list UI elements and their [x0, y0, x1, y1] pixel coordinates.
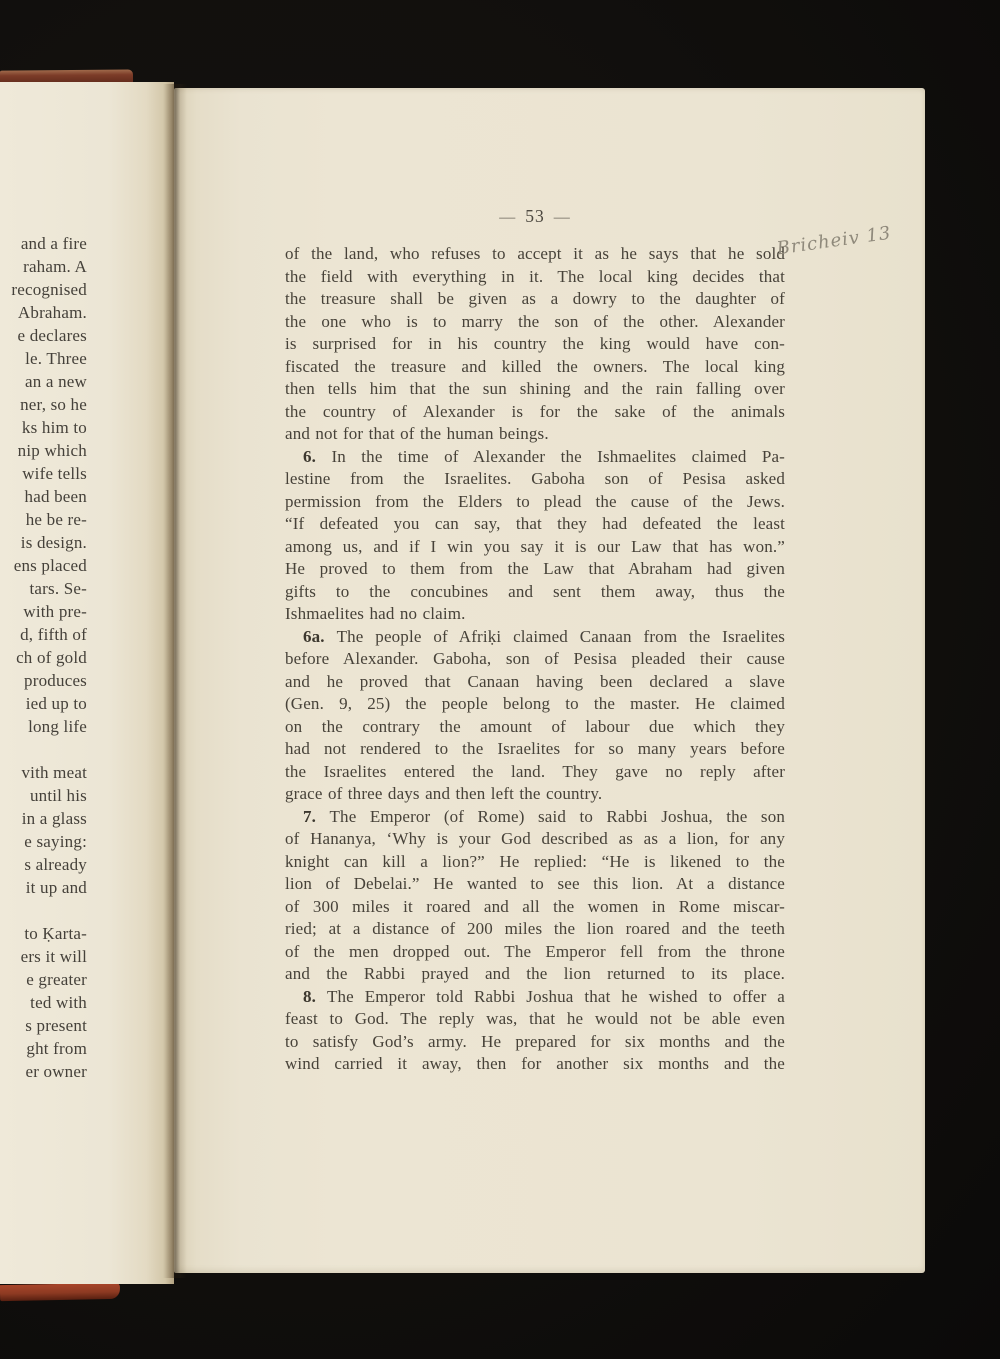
text-line: produces — [0, 669, 87, 692]
text-line: on the contrary the amount of labour due… — [285, 716, 785, 739]
text-line: feast to God. The reply was, that he wou… — [285, 1008, 785, 1031]
text-line: the treasure shall be given as a dowry t… — [285, 288, 785, 311]
text-line: the field with everything in it. The loc… — [285, 266, 785, 289]
text-line: ch of gold — [0, 646, 87, 669]
paragraph-number: 8. — [303, 987, 316, 1006]
page-number-value: 53 — [525, 206, 545, 226]
text-line: ted with — [0, 991, 87, 1014]
text-line: until his — [0, 784, 87, 807]
text-line: er owner — [0, 1060, 87, 1083]
text-line: of 300 miles it roared and all the women… — [285, 896, 785, 919]
text-line: le. Three — [0, 347, 87, 370]
photo-background: and a fireraham. ArecognisedAbraham.e de… — [0, 0, 1000, 1359]
text-line: grace of three days and then left the co… — [285, 783, 785, 806]
text-line: is design. — [0, 531, 87, 554]
text-line: Abraham. — [0, 301, 87, 324]
text-line: (Gen. 9, 25) the people belong to the ma… — [285, 693, 785, 716]
text-line: e declares — [0, 324, 87, 347]
text-line: ens placed — [0, 554, 87, 577]
text-line: and he proved that Canaan having been de… — [285, 671, 785, 694]
text-line: and not for that of the human beings. — [285, 423, 785, 446]
text-line: ied up to — [0, 692, 87, 715]
text-line: wife tells — [0, 462, 87, 485]
text-line: vith meat — [0, 761, 87, 784]
text-line: recognised — [0, 278, 87, 301]
text-line: before Alexander. Gaboha, son of Pesisa … — [285, 648, 785, 671]
page-number: —53— — [285, 204, 785, 228]
text-line: e greater — [0, 968, 87, 991]
text-line: gifts to the concubines and sent them aw… — [285, 581, 785, 604]
text-line: s already — [0, 853, 87, 876]
text-line: to Ḳarta- — [0, 922, 87, 945]
text-line: had been — [0, 485, 87, 508]
text-line: nip which — [0, 439, 87, 462]
paragraph-number: 6. — [303, 447, 316, 466]
text-line: “If defeated you can say, that they had … — [285, 513, 785, 536]
text-line: ner, so he — [0, 393, 87, 416]
book-cover-edge-bottom — [0, 1283, 120, 1301]
text-line: tars. Se- — [0, 577, 87, 600]
paragraph-number: 6a. — [303, 627, 325, 646]
handwritten-annotation: Bricheiv 13 — [775, 214, 956, 260]
text-line: 8. The Emperor told Rabbi Joshua that he… — [285, 986, 785, 1009]
text-line: lestine from the Israelites. Gaboha son … — [285, 468, 785, 491]
text-line: d, fifth of — [0, 623, 87, 646]
text-line: permission from the Elders to plead the … — [285, 491, 785, 514]
text-line: the one who is to marry the son of the o… — [285, 311, 785, 334]
text-line: the country of Alexander is for the sake… — [285, 401, 785, 424]
body-text: of the land, who refuses to accept it as… — [285, 243, 785, 1076]
text-line: ers it will — [0, 945, 87, 968]
left-page-fragment: and a fireraham. ArecognisedAbraham.e de… — [0, 82, 174, 1284]
text-line: 7. The Emperor (of Rome) said to Rabbi J… — [285, 806, 785, 829]
text-line: wind carried it away, then for another s… — [285, 1053, 785, 1076]
text-line: had not rendered to the Israelites for s… — [285, 738, 785, 761]
text-line: ght from — [0, 1037, 87, 1060]
text-line: an a new — [0, 370, 87, 393]
page-number-dash-right: — — [545, 209, 580, 226]
text-line: with pre- — [0, 600, 87, 623]
blank-line — [0, 738, 87, 761]
text-line: it up and — [0, 876, 87, 899]
text-line: e saying: — [0, 830, 87, 853]
right-page: —53— of the land, who refuses to accept … — [174, 88, 925, 1273]
text-line: of the men dropped out. The Emperor fell… — [285, 941, 785, 964]
text-line: Ishmaelites had no claim. — [285, 603, 785, 626]
text-line: of the land, who refuses to accept it as… — [285, 243, 785, 266]
book-gutter — [163, 84, 187, 1278]
text-line: and the Rabbi prayed and the lion return… — [285, 963, 785, 986]
text-line: raham. A — [0, 255, 87, 278]
text-line: lion of Debelai.” He wanted to see this … — [285, 873, 785, 896]
text-line: knight can kill a lion?” He replied: “He… — [285, 851, 785, 874]
text-line: and a fire — [0, 232, 87, 255]
left-page-text: and a fireraham. ArecognisedAbraham.e de… — [0, 232, 87, 1083]
blank-line — [0, 899, 87, 922]
text-line: among us, and if I win you say it is our… — [285, 536, 785, 559]
text-line: long life — [0, 715, 87, 738]
text-line: the Israelites entered the land. They ga… — [285, 761, 785, 784]
text-line: fiscated the treasure and killed the own… — [285, 356, 785, 379]
text-line: of Hananya, ‘Why is your God described a… — [285, 828, 785, 851]
text-line: 6a. The people of Afriḳi claimed Canaan … — [285, 626, 785, 649]
text-line: He proved to them from the Law that Abra… — [285, 558, 785, 581]
text-line: s present — [0, 1014, 87, 1037]
text-line: ried; at a distance of 200 miles the lio… — [285, 918, 785, 941]
text-line: he be re- — [0, 508, 87, 531]
text-line: ks him to — [0, 416, 87, 439]
paragraph-number: 7. — [303, 807, 316, 826]
text-line: 6. In the time of Alexander the Ishmaeli… — [285, 446, 785, 469]
page-number-dash-left: — — [490, 209, 525, 226]
text-line: is surprised for in his country the king… — [285, 333, 785, 356]
text-line: to satisfy God’s army. He prepared for s… — [285, 1031, 785, 1054]
text-line: then tells him that the sun shining and … — [285, 378, 785, 401]
text-line: in a glass — [0, 807, 87, 830]
